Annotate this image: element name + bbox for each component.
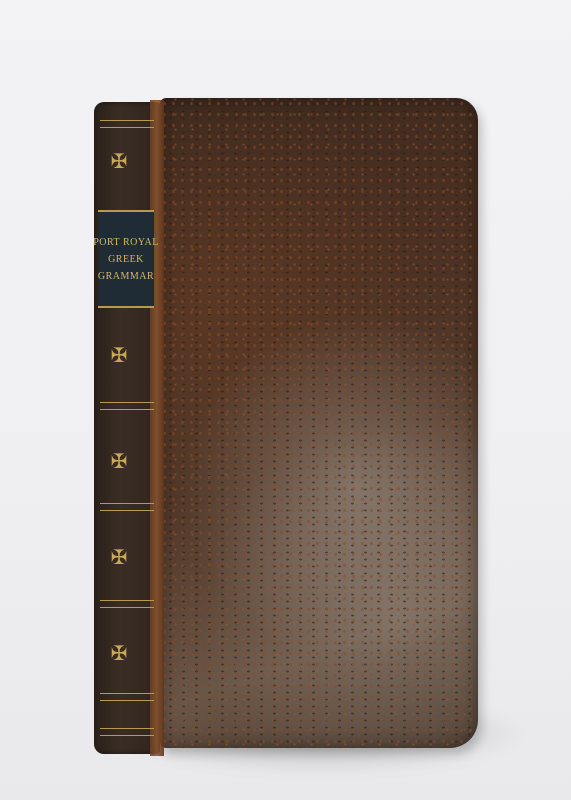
leather-texture — [160, 98, 478, 748]
spine-title-line-3: GRAMMAR — [98, 271, 154, 282]
gilt-band — [100, 600, 154, 608]
gilt-band — [100, 120, 154, 128]
gilt-ornament-icon: ✠ — [108, 544, 130, 572]
gilt-ornament-icon: ✠ — [108, 448, 130, 476]
gilt-band — [100, 728, 154, 736]
gilt-band — [100, 503, 154, 511]
gilt-ornament-icon: ✠ — [108, 640, 130, 668]
spine-title-label: PORT ROYAL GREEK GRAMMAR — [98, 210, 154, 308]
book-photo: ✠ PORT ROYAL GREEK GRAMMAR ✠ ✠ ✠ ✠ — [0, 0, 571, 800]
gilt-band — [100, 693, 154, 701]
spine-title-line-2: GREEK — [108, 254, 144, 265]
spine-title-line-1: PORT ROYAL — [93, 237, 159, 248]
gilt-ornament-icon: ✠ — [108, 342, 130, 370]
gilt-ornament-icon: ✠ — [108, 148, 130, 176]
book-cover — [160, 98, 478, 748]
gilt-band — [100, 402, 154, 410]
spine-hinge — [150, 100, 164, 756]
